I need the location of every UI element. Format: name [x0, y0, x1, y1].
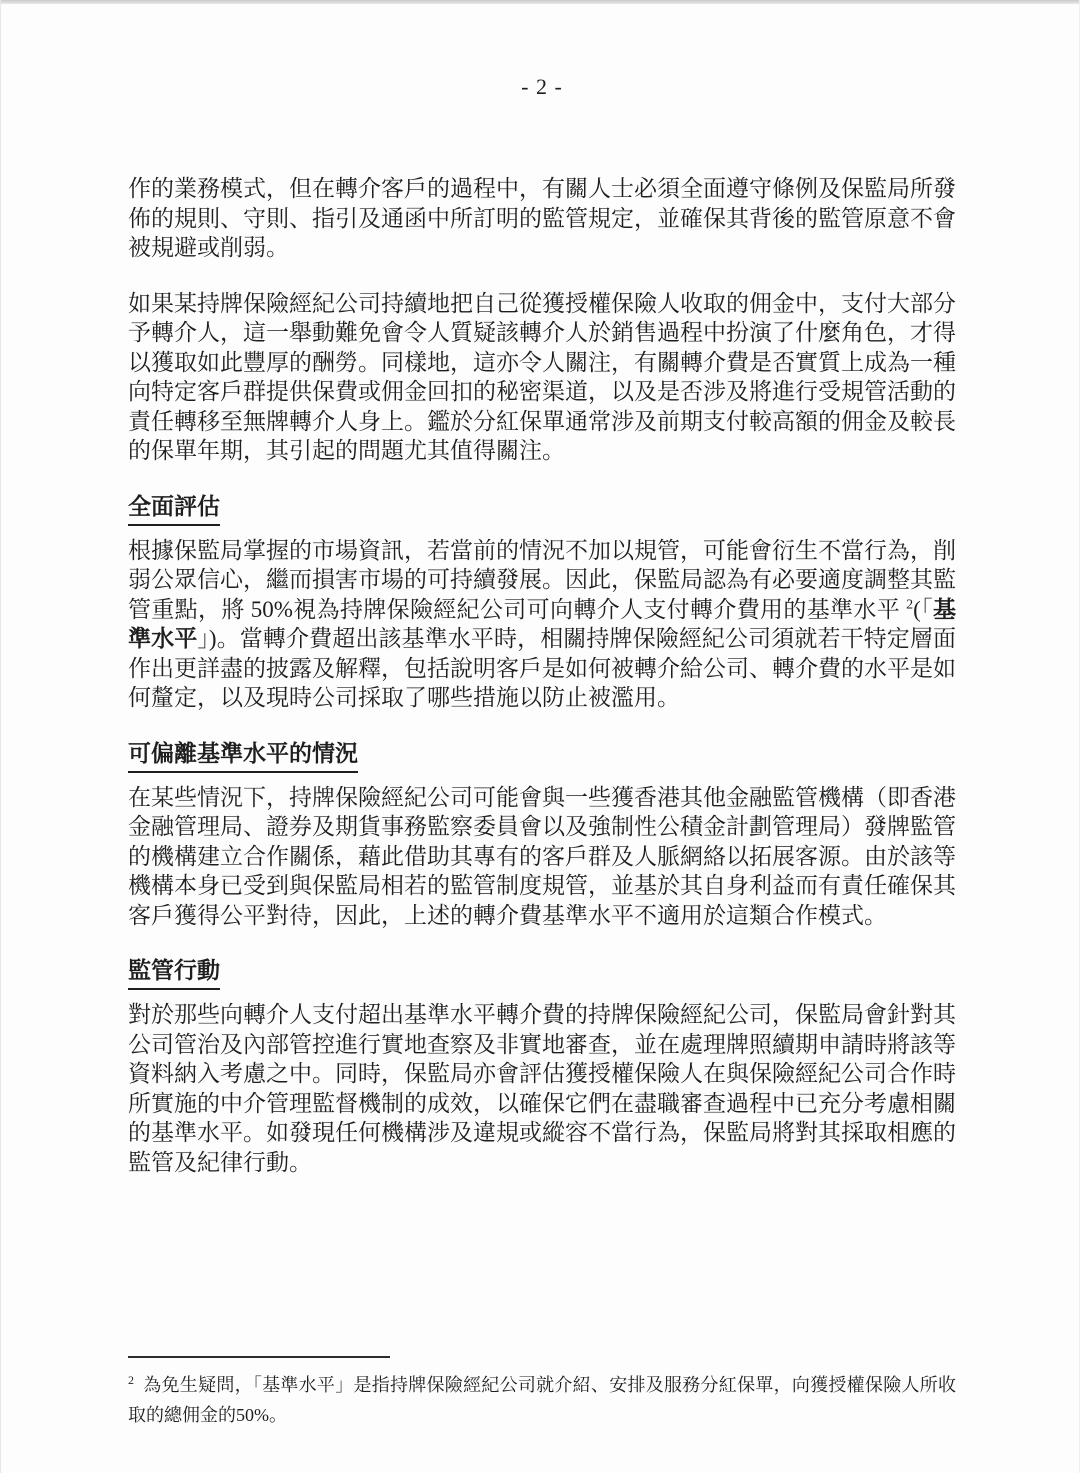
section-heading-regulatory-action: 監管行動: [128, 956, 956, 990]
section-heading-deviation-circumstances: 可偏離基準水平的情況: [128, 739, 956, 773]
section-body-deviation-circumstances: 在某些情況下，持牌保險經紀公司可能會與一些獲香港其他金融監管機構（即香港金融管理…: [128, 783, 956, 931]
page-content: - 2 - 作的業務模式，但在轉介客戶的過程中，有關人士必須全面遵守條例及保監局…: [128, 0, 956, 1203]
footnote-separator-line: [128, 1356, 390, 1358]
document-page: - 2 - 作的業務模式，但在轉介客戶的過程中，有關人士必須全面遵守條例及保監局…: [0, 0, 1080, 1473]
body-text-open-bracket: (「: [913, 597, 933, 622]
page-number: - 2 -: [128, 74, 956, 100]
body-text-before-footnote-ref: 根據保監局掌握的市場資訊，若當前的情況不加以規管，可能會衍生不當行為，削弱公眾信…: [128, 538, 956, 622]
footnote-area: 2為免生疑問，「基準水平」是指持牌保險經紀公司就介紹、安排及服務分紅保單，向獲授…: [128, 1356, 956, 1430]
section-body-comprehensive-assessment: 根據保監局掌握的市場資訊，若當前的情況不加以規管，可能會衍生不當行為，削弱公眾信…: [128, 536, 956, 713]
section-heading-comprehensive-assessment: 全面評估: [128, 492, 956, 526]
heading-text: 監管行動: [128, 956, 220, 990]
heading-text: 可偏離基準水平的情況: [128, 739, 358, 773]
footnote-marker-2: 2: [128, 1373, 134, 1387]
intro-paragraph-1: 作的業務模式，但在轉介客戶的過程中，有關人士必須全面遵守條例及保監局所發佈的規則…: [128, 174, 956, 263]
footnote-body-text: 為免生疑問，「基準水平」是指持牌保險經紀公司就介紹、安排及服務分紅保單，向獲授權…: [128, 1375, 956, 1425]
body-text-after-bold: 」)。當轉介費超出該基準水平時，相關持牌保險經紀公司須就若干特定層面作出更詳盡的…: [128, 626, 956, 710]
section-body-regulatory-action: 對於那些向轉介人支付超出基準水平轉介費的持牌保險經紀公司，保監局會針對其公司管治…: [128, 1000, 956, 1177]
heading-text: 全面評估: [128, 492, 220, 526]
footnote-2: 2為免生疑問，「基準水平」是指持牌保險經紀公司就介紹、安排及服務分紅保單，向獲授…: [128, 1370, 956, 1430]
intro-paragraph-2: 如果某持牌保險經紀公司持續地把自己從獲授權保險人收取的佣金中，支付大部分予轉介人…: [128, 289, 956, 466]
